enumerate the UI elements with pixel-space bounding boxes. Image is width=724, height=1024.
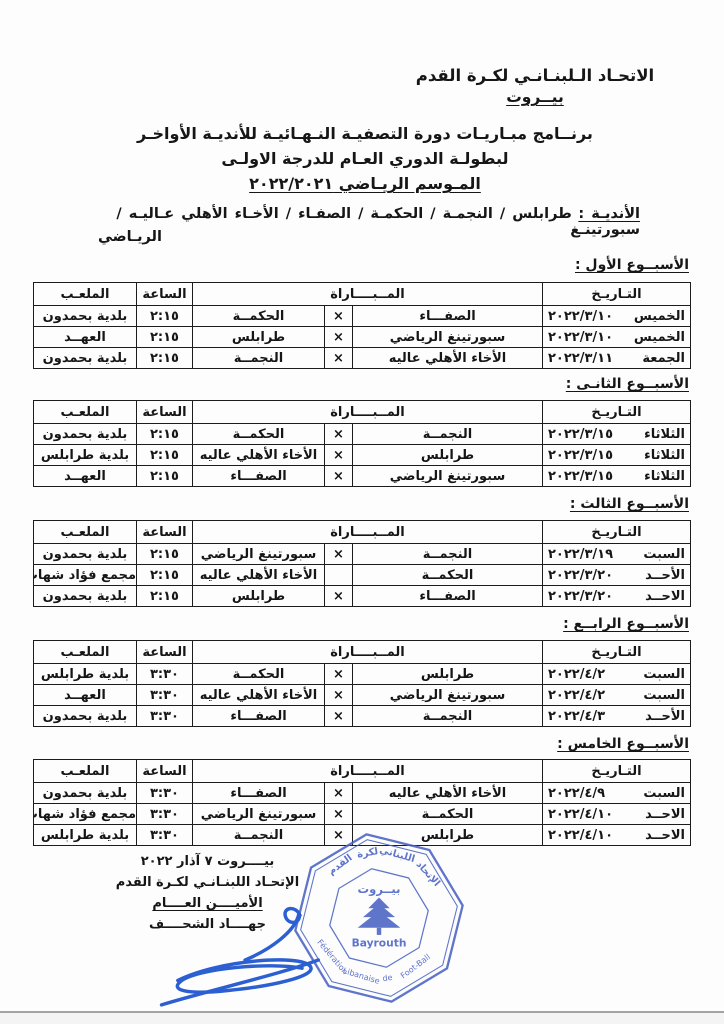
table-row: الثلاثاء٢٠٢٢/٣/١٥ طرابلس × الأخاء الأهلي… bbox=[34, 445, 691, 466]
cell-venue: العهــد bbox=[34, 685, 137, 706]
date-number: ٢٠٢٢/٤/٢ bbox=[548, 667, 605, 682]
week-1-title: الأسبــوع الأول : bbox=[575, 257, 689, 273]
date-number: ٢٠٢٢/٣/١٠ bbox=[548, 309, 613, 324]
date-column-header: التـاريـخ bbox=[543, 401, 691, 424]
cell-time: ٣:٣٠ bbox=[137, 825, 193, 846]
cell-date: السبت٢٠٢٢/٤/٢ bbox=[543, 685, 691, 706]
table-row: الاحــد٢٠٢٢/٤/١٠ الحكمــة × سبورتينغ الر… bbox=[34, 804, 691, 825]
cell-home-team: الأخاء الأهلي عاليه bbox=[353, 348, 543, 369]
city-title: بيــروت bbox=[370, 88, 700, 106]
cell-date: الأحــد٢٠٢٢/٣/٢٠ bbox=[543, 565, 691, 586]
cell-versus: × bbox=[325, 424, 353, 445]
cedar-icon bbox=[358, 898, 401, 935]
scanned-document-page: الاتحـاد الـلبنـانـي لكـرة القدم بيــروت… bbox=[0, 0, 724, 1024]
table-row: الأحــد٢٠٢٢/٤/٣ النجمــة × الصفـــاء ٣:٣… bbox=[34, 706, 691, 727]
table-row: الخميس٢٠٢٢/٣/١٠ سبورتينغ الرياضي × طرابل… bbox=[34, 327, 691, 348]
cell-away-team: الصفـــاء bbox=[193, 466, 325, 487]
cell-away-team: النجمــة bbox=[193, 348, 325, 369]
date-column-header: التـاريـخ bbox=[543, 283, 691, 306]
date-number: ٢٠٢٢/٤/٣ bbox=[548, 709, 605, 724]
cell-venue: بلدية بحمدون bbox=[34, 544, 137, 565]
cell-venue: مجمع فؤاد شهاب bbox=[34, 804, 137, 825]
cell-time: ٣:٣٠ bbox=[137, 804, 193, 825]
footer-federation-line: الإتحـاد اللبنـانـي لكـرة القدم bbox=[100, 872, 315, 893]
cell-time: ٢:١٥ bbox=[137, 466, 193, 487]
day-name: الثلاثاء bbox=[644, 448, 685, 463]
day-name: الأحــد bbox=[645, 568, 685, 583]
cell-away-team: الصفـــاء bbox=[193, 706, 325, 727]
cell-time: ٢:١٥ bbox=[137, 348, 193, 369]
date-number: ٢٠٢٢/٤/٢ bbox=[548, 688, 605, 703]
footer-date-line: بيــــروت ٧ آذار ٢٠٢٢ bbox=[100, 851, 315, 872]
venue-column-header: الملعـب bbox=[34, 521, 137, 544]
cell-home-team: النجمــة bbox=[353, 706, 543, 727]
cell-venue: بلدية بحمدون bbox=[34, 348, 137, 369]
time-column-header: الساعة bbox=[137, 283, 193, 306]
date-number: ٢٠٢٢/٣/١٩ bbox=[548, 547, 613, 562]
cell-away-team: الحكمــة bbox=[193, 424, 325, 445]
week-2-title: الأسبــوع الثانـى : bbox=[566, 376, 689, 392]
match-column-header: المــبــــاراة bbox=[193, 521, 543, 544]
venue-column-header: الملعـب bbox=[34, 760, 137, 783]
cell-date: الأحــد٢٠٢٢/٤/٣ bbox=[543, 706, 691, 727]
day-name: الخميس bbox=[634, 330, 685, 345]
date-number: ٢٠٢٢/٣/١٥ bbox=[548, 448, 613, 463]
cell-venue: العهــد bbox=[34, 327, 137, 348]
date-number: ٢٠٢٢/٣/١٥ bbox=[548, 427, 613, 442]
cell-away-team: الأخاء الأهلي عاليه bbox=[193, 445, 325, 466]
table-header-row: التـاريـخ المــبــــاراة الساعة الملعـب bbox=[34, 401, 691, 424]
date-column-header: التـاريـخ bbox=[543, 760, 691, 783]
table-header-row: التـاريـخ المــبــــاراة الساعة الملعـب bbox=[34, 283, 691, 306]
cell-away-team: الصفـــاء bbox=[193, 783, 325, 804]
cell-venue: مجمع فؤاد شهاب bbox=[34, 565, 137, 586]
cell-home-team: النجمــة bbox=[353, 544, 543, 565]
cell-venue: بلدية طرابلس bbox=[34, 445, 137, 466]
day-name: الجمعة bbox=[642, 351, 685, 366]
cell-date: السبت٢٠٢٢/٤/٩ bbox=[543, 783, 691, 804]
time-column-header: الساعة bbox=[137, 641, 193, 664]
program-line-1: برنــامج مبـاريـات دورة التصفيـة النـهـا… bbox=[55, 121, 675, 146]
cell-date: الاحــد٢٠٢٢/٣/٢٠ bbox=[543, 586, 691, 607]
cell-date: الثلاثاء٢٠٢٢/٣/١٥ bbox=[543, 466, 691, 487]
date-number: ٢٠٢٢/٣/١١ bbox=[548, 351, 613, 366]
stamp-city-arabic: بيــروت bbox=[358, 882, 401, 897]
cell-home-team: الصفـــاء bbox=[353, 306, 543, 327]
time-column-header: الساعة bbox=[137, 521, 193, 544]
cell-versus: × bbox=[325, 466, 353, 487]
date-number: ٢٠٢٢/٣/٢٠ bbox=[548, 568, 613, 583]
table-row: الأحــد٢٠٢٢/٣/٢٠ الحكمــة الأخاء الأهلي … bbox=[34, 565, 691, 586]
clubs-label: الأنديـة : bbox=[578, 206, 640, 222]
cell-time: ٢:١٥ bbox=[137, 565, 193, 586]
day-name: الاحــد bbox=[645, 828, 685, 843]
cell-home-team: الحكمــة bbox=[353, 565, 543, 586]
svg-text:لكرة: لكرة bbox=[356, 846, 379, 861]
cell-away-team: الأخاء الأهلي عاليه bbox=[193, 565, 325, 586]
cell-versus: × bbox=[325, 306, 353, 327]
cell-time: ٣:٣٠ bbox=[137, 783, 193, 804]
cell-time: ٢:١٥ bbox=[137, 586, 193, 607]
cell-time: ٣:٣٠ bbox=[137, 685, 193, 706]
table-row: السبت٢٠٢٢/٤/٩ الأخاء الأهلي عاليه × الصف… bbox=[34, 783, 691, 804]
table-row: الاحــد٢٠٢٢/٣/٢٠ الصفـــاء × طرابلس ٢:١٥… bbox=[34, 586, 691, 607]
match-column-header: المــبــــاراة bbox=[193, 401, 543, 424]
cell-away-team: طرابلس bbox=[193, 327, 325, 348]
cell-home-team: سبورتينغ الرياضي bbox=[353, 685, 543, 706]
day-name: الاحــد bbox=[645, 807, 685, 822]
cell-versus: × bbox=[325, 804, 353, 825]
cell-home-team: طرابلس bbox=[353, 445, 543, 466]
cell-home-team: النجمــة bbox=[353, 424, 543, 445]
week-2-table: التـاريـخ المــبــــاراة الساعة الملعـب … bbox=[33, 400, 691, 487]
cell-away-team: طرابلس bbox=[193, 586, 325, 607]
cell-away-team: سبورتينغ الرياضي bbox=[193, 544, 325, 565]
table-header-row: التـاريـخ المــبــــاراة الساعة الملعـب bbox=[34, 760, 691, 783]
table-header-row: التـاريـخ المــبــــاراة الساعة الملعـب bbox=[34, 521, 691, 544]
day-name: الخميس bbox=[634, 309, 685, 324]
cell-date: السبت٢٠٢٢/٣/١٩ bbox=[543, 544, 691, 565]
clubs-list-wrap: الريـاضي bbox=[98, 229, 162, 245]
cell-time: ٢:١٥ bbox=[137, 327, 193, 348]
cell-venue: بلدية بحمدون bbox=[34, 424, 137, 445]
cell-date: الاحــد٢٠٢٢/٤/١٠ bbox=[543, 804, 691, 825]
match-column-header: المــبــــاراة bbox=[193, 641, 543, 664]
week-5-title: الأسبــوع الخامس : bbox=[557, 736, 689, 752]
date-number: ٢٠٢٢/٣/١٠ bbox=[548, 330, 613, 345]
venue-column-header: الملعـب bbox=[34, 641, 137, 664]
date-number: ٢٠٢٢/٤/١٠ bbox=[548, 807, 613, 822]
cell-versus: × bbox=[325, 586, 353, 607]
venue-column-header: الملعـب bbox=[34, 283, 137, 306]
cell-venue: بلدية بحمدون bbox=[34, 306, 137, 327]
cell-home-team: الأخاء الأهلي عاليه bbox=[353, 783, 543, 804]
cell-date: الثلاثاء٢٠٢٢/٣/١٥ bbox=[543, 445, 691, 466]
cell-venue: بلدية بحمدون bbox=[34, 586, 137, 607]
cell-home-team: سبورتينغ الرياضي bbox=[353, 466, 543, 487]
program-header: برنــامج مبـاريـات دورة التصفيـة النـهـا… bbox=[55, 121, 675, 196]
cell-home-team: سبورتينغ الرياضي bbox=[353, 327, 543, 348]
stamp-city-latin: Bayrouth bbox=[352, 936, 407, 949]
day-name: السبت bbox=[643, 547, 685, 562]
federation-title: الاتحـاد الـلبنـانـي لكـرة القدم bbox=[370, 66, 700, 85]
cell-versus: × bbox=[325, 544, 353, 565]
cell-away-team: سبورتينغ الرياضي bbox=[193, 804, 325, 825]
cell-time: ٢:١٥ bbox=[137, 306, 193, 327]
day-name: الاحــد bbox=[645, 589, 685, 604]
cell-date: الخميس٢٠٢٢/٣/١٠ bbox=[543, 327, 691, 348]
cell-venue: بلدية طرابلس bbox=[34, 825, 137, 846]
date-number: ٢٠٢٢/٤/١٠ bbox=[548, 828, 613, 843]
day-name: الأحــد bbox=[645, 709, 685, 724]
cell-date: الاحــد٢٠٢٢/٤/١٠ bbox=[543, 825, 691, 846]
cell-home-team: الصفـــاء bbox=[353, 586, 543, 607]
table-row: السبت٢٠٢٢/٤/٢ طرابلس × الحكمــة ٣:٣٠ بلد… bbox=[34, 664, 691, 685]
cell-date: الجمعة٢٠٢٢/٣/١١ bbox=[543, 348, 691, 369]
date-number: ٢٠٢٢/٤/٩ bbox=[548, 786, 605, 801]
day-name: السبت bbox=[643, 667, 685, 682]
week-4-table: التـاريـخ المــبــــاراة الساعة الملعـب … bbox=[33, 640, 691, 727]
date-number: ٢٠٢٢/٣/١٥ bbox=[548, 469, 613, 484]
scan-edge-margin bbox=[0, 1013, 724, 1024]
cell-venue: بلدية طرابلس bbox=[34, 664, 137, 685]
cell-away-team: الحكمــة bbox=[193, 306, 325, 327]
svg-text:de: de bbox=[382, 973, 393, 983]
table-row: الخميس٢٠٢٢/٣/١٠ الصفـــاء × الحكمــة ٢:١… bbox=[34, 306, 691, 327]
cell-home-team: الحكمــة bbox=[353, 804, 543, 825]
cell-time: ٣:٣٠ bbox=[137, 706, 193, 727]
match-column-header: المــبــــاراة bbox=[193, 283, 543, 306]
day-name: السبت bbox=[643, 786, 685, 801]
day-name: الثلاثاء bbox=[644, 427, 685, 442]
time-column-header: الساعة bbox=[137, 760, 193, 783]
document-header: الاتحـاد الـلبنـانـي لكـرة القدم بيــروت bbox=[370, 66, 700, 106]
table-row: الجمعة٢٠٢٢/٣/١١ الأخاء الأهلي عاليه × ال… bbox=[34, 348, 691, 369]
cell-versus: × bbox=[325, 348, 353, 369]
cell-versus: × bbox=[325, 685, 353, 706]
table-row: السبت٢٠٢٢/٣/١٩ النجمــة × سبورتينغ الريا… bbox=[34, 544, 691, 565]
cell-versus: × bbox=[325, 706, 353, 727]
table-header-row: التـاريـخ المــبــــاراة الساعة الملعـب bbox=[34, 641, 691, 664]
cell-home-team: طرابلس bbox=[353, 664, 543, 685]
cell-venue: العهــد bbox=[34, 466, 137, 487]
cell-venue: بلدية بحمدون bbox=[34, 783, 137, 804]
cell-versus: × bbox=[325, 327, 353, 348]
week-1-table: التـاريـخ المــبــــاراة الساعة الملعـب … bbox=[33, 282, 691, 369]
program-line-2: لبطولـة الدوري العـام للدرجة الاولـى bbox=[55, 146, 675, 171]
cell-date: الثلاثاء٢٠٢٢/٣/١٥ bbox=[543, 424, 691, 445]
day-name: الثلاثاء bbox=[644, 469, 685, 484]
week-3-title: الأسبــوع الثالث : bbox=[570, 496, 689, 512]
handwritten-signature bbox=[146, 901, 342, 1013]
date-number: ٢٠٢٢/٣/٢٠ bbox=[548, 589, 613, 604]
cell-versus: × bbox=[325, 783, 353, 804]
cell-time: ٢:١٥ bbox=[137, 424, 193, 445]
svg-text:Libanaise: Libanaise bbox=[342, 966, 381, 986]
time-column-header: الساعة bbox=[137, 401, 193, 424]
venue-column-header: الملعـب bbox=[34, 401, 137, 424]
cell-date: الخميس٢٠٢٢/٣/١٠ bbox=[543, 306, 691, 327]
cell-time: ٣:٣٠ bbox=[137, 664, 193, 685]
table-row: الثلاثاء٢٠٢٢/٣/١٥ النجمــة × الحكمــة ٢:… bbox=[34, 424, 691, 445]
cell-versus: × bbox=[325, 664, 353, 685]
day-name: السبت bbox=[643, 688, 685, 703]
date-column-header: التـاريـخ bbox=[543, 521, 691, 544]
cell-away-team: الحكمــة bbox=[193, 664, 325, 685]
date-column-header: التـاريـخ bbox=[543, 641, 691, 664]
cell-away-team: الأخاء الأهلي عاليه bbox=[193, 685, 325, 706]
cell-versus bbox=[325, 565, 353, 586]
cell-venue: بلدية بحمدون bbox=[34, 706, 137, 727]
cell-versus: × bbox=[325, 445, 353, 466]
week-3-table: التـاريـخ المــبــــاراة الساعة الملعـب … bbox=[33, 520, 691, 607]
cell-time: ٢:١٥ bbox=[137, 445, 193, 466]
table-row: السبت٢٠٢٢/٤/٢ سبورتينغ الرياضي × الأخاء … bbox=[34, 685, 691, 706]
season-line: المـوسم الريـاضي ٢٠٢٢/٢٠٢١ bbox=[55, 171, 675, 196]
cell-time: ٢:١٥ bbox=[137, 544, 193, 565]
match-column-header: المــبــــاراة bbox=[193, 760, 543, 783]
cell-date: السبت٢٠٢٢/٤/٢ bbox=[543, 664, 691, 685]
clubs-list: طرابلس / النجمـة / الحكمـة / الصفـاء / ا… bbox=[116, 206, 640, 238]
week-4-title: الأسبــوع الرابــع : bbox=[563, 616, 689, 632]
table-row: الثلاثاء٢٠٢٢/٣/١٥ سبورتينغ الرياضي × الص… bbox=[34, 466, 691, 487]
